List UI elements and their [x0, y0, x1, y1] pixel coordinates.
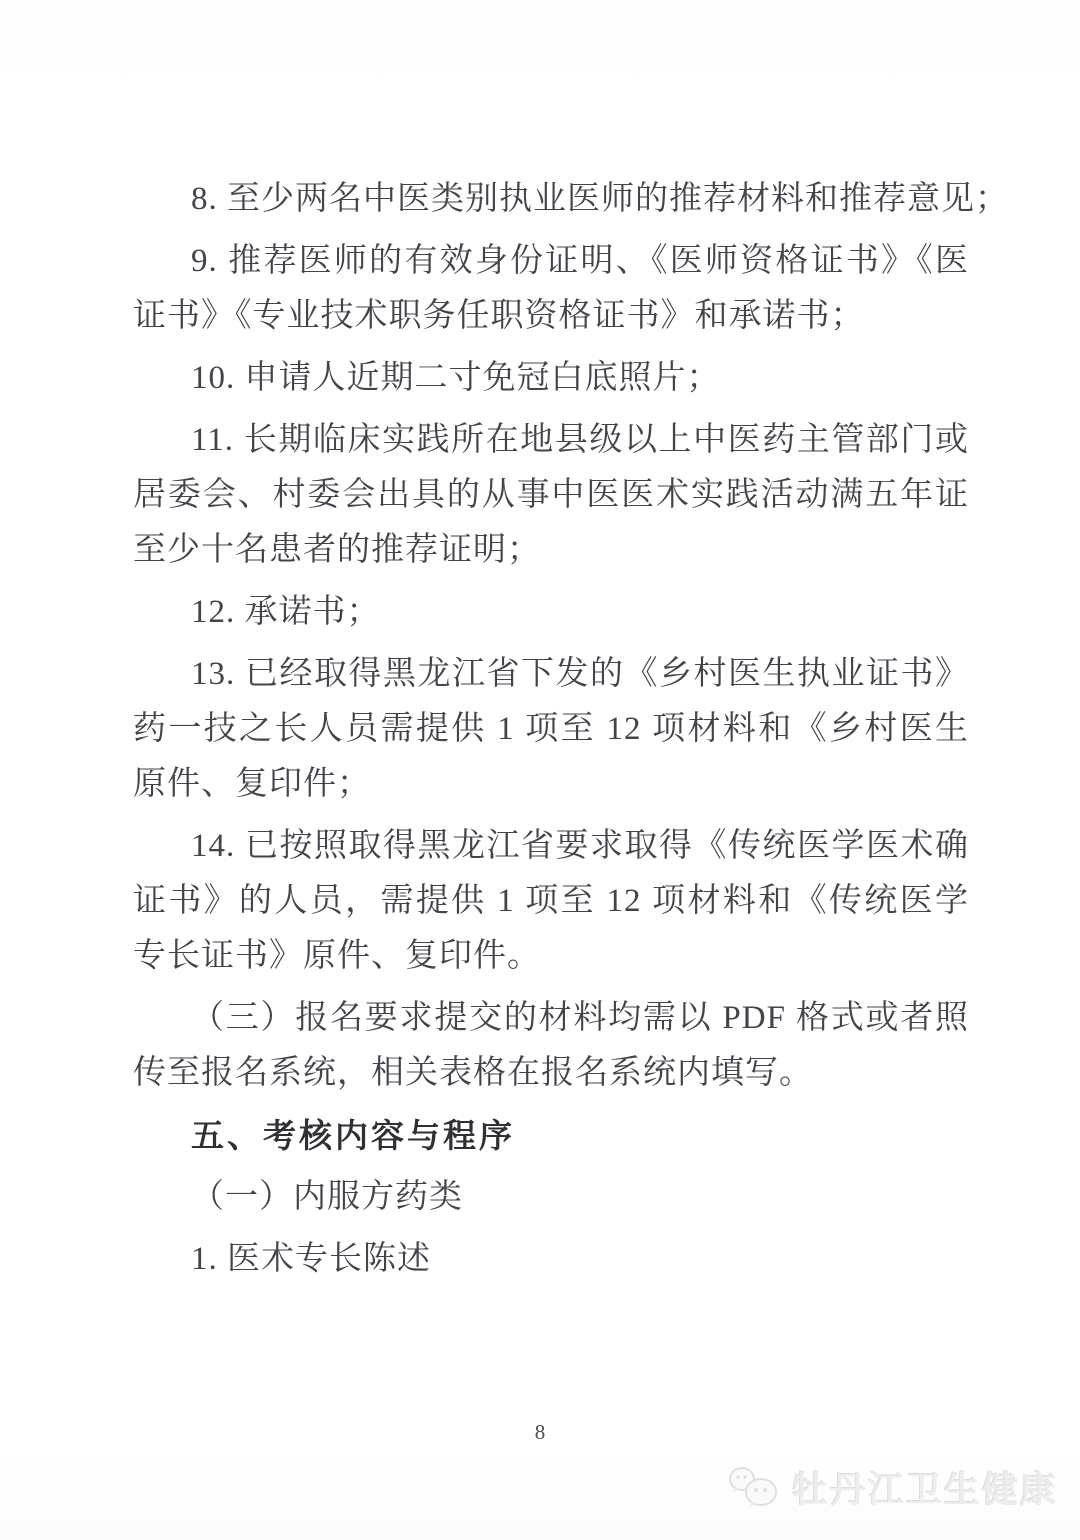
- text-line: 居委会、村委会出具的从事中医医术实践活动满五年证明，或者: [133, 468, 969, 523]
- text-line: 11. 长期临床实践所在地县级以上中医药主管部门或者所在: [133, 413, 969, 468]
- page-number: 8: [0, 1420, 1080, 1445]
- document-body: 8. 至少两名中医类别执业医师的推荐材料和推荐意见；9. 推荐医师的有效身份证明…: [133, 172, 969, 1287]
- text-line: （三）报名要求提交的材料均需以 PDF 格式或者照片形式上: [133, 991, 969, 1046]
- text-line: 至少十名患者的推荐证明；: [133, 523, 969, 578]
- document-page: 8. 至少两名中医类别执业医师的推荐材料和推荐意见；9. 推荐医师的有效身份证明…: [0, 0, 1080, 1540]
- text-line: 14. 已按照取得黑龙江省要求取得《传统医学医术确有专长: [133, 819, 969, 874]
- text-line: 专长证书》原件、复印件。: [133, 929, 969, 984]
- watermark-text: 牡丹江卫生健康: [792, 1462, 1058, 1513]
- watermark: 牡丹江卫生健康: [726, 1462, 1058, 1513]
- text-line: 原件、复印件；: [133, 757, 969, 812]
- text-line: （一）内服方药类: [133, 1170, 969, 1225]
- section-heading-line: 五、考核内容与程序: [133, 1108, 969, 1163]
- wechat-icon: [726, 1464, 782, 1512]
- text-line: 传至报名系统，相关表格在报名系统内填写。: [133, 1046, 969, 1101]
- text-line: 证书》《专业技术职务任职资格证书》和承诺书；: [133, 289, 969, 344]
- text-line: 1. 医术专长陈述: [133, 1232, 969, 1287]
- text-line: 证书》的人员，需提供 1 项至 12 项材料和《传统医学医术确有: [133, 874, 969, 929]
- text-line: 13. 已经取得黑龙江省下发的《乡村医生执业证书》的中医: [133, 647, 969, 702]
- text-line: 9. 推荐医师的有效身份证明、《医师资格证书》《医师执业: [133, 234, 969, 289]
- text-line: 10. 申请人近期二寸免冠白底照片；: [133, 351, 969, 406]
- text-line: 药一技之长人员需提供 1 项至 12 项材料和《乡村医生执业证书》: [133, 702, 969, 757]
- text-line: 8. 至少两名中医类别执业医师的推荐材料和推荐意见；: [133, 172, 969, 227]
- text-line: 12. 承诺书；: [133, 585, 969, 640]
